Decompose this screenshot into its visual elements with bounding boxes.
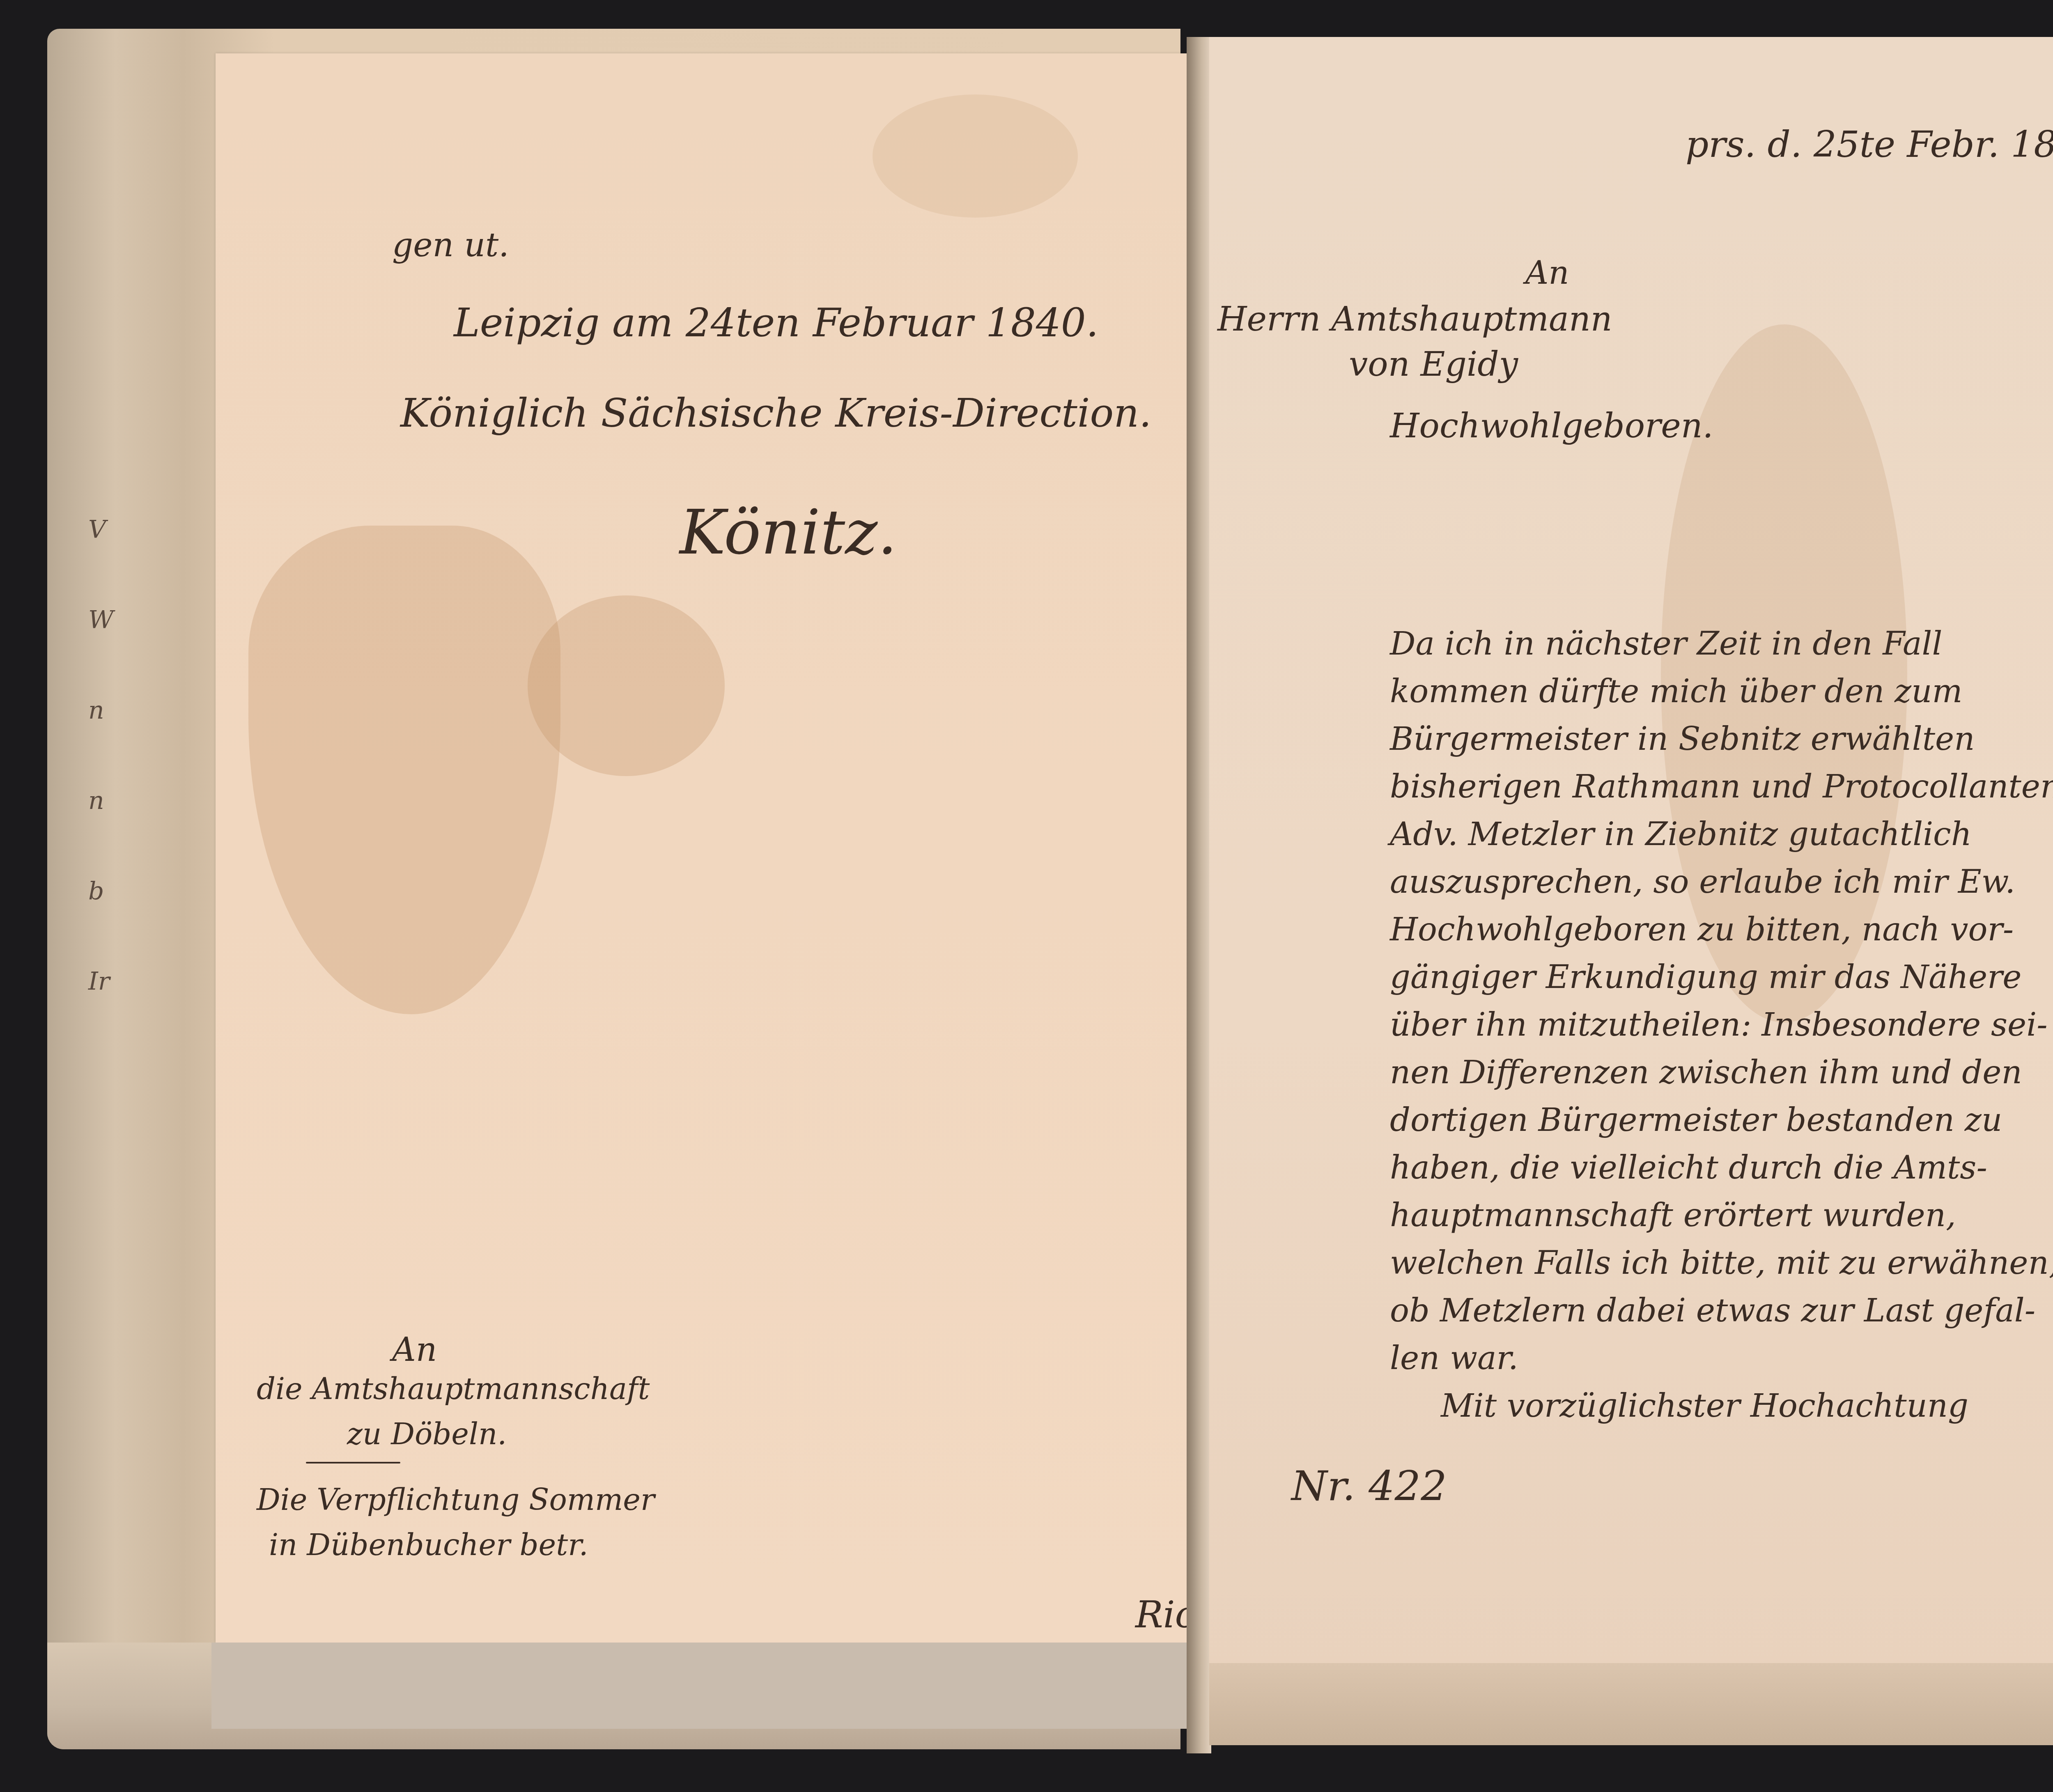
received-note: prs. d. 25te Febr. 1839. <box>1686 123 2053 165</box>
body-line: kommen dürfte mich über den zum <box>1390 668 2053 715</box>
right-page-bottom-edge <box>1209 1663 2053 1745</box>
body-line: Adv. Metzler in Ziebnitz gutachtlich <box>1390 811 2053 858</box>
date-line: Leipzig am 24ten Februar 1840. <box>454 300 1098 346</box>
address-line: Hochwohlgeboren. <box>1390 407 1713 446</box>
body-line: len war. <box>1390 1335 2053 1382</box>
book-gutter <box>1187 37 1211 1753</box>
water-stain <box>873 94 1078 218</box>
document-number: Nr. 422 <box>1291 1462 1447 1510</box>
address-line: von Egidy <box>1349 345 1518 384</box>
divider-flourish <box>306 1462 400 1463</box>
subject-line: Die Verpflichtung Sommer <box>257 1482 654 1517</box>
body-line: gängiger Erkundigung mir das Nähere <box>1390 953 2053 1001</box>
margin-fragment: V <box>88 485 114 575</box>
address-line: zu Döbeln. <box>347 1417 507 1451</box>
header-note: gen ut. <box>392 226 509 264</box>
address-salutation: An <box>392 1330 437 1369</box>
body-line: über ihn mitzutheilen: Insbesondere sei- <box>1390 1001 2053 1049</box>
body-line: Da ich in nächster Zeit in den Fall <box>1390 620 2053 668</box>
signature: Könitz. <box>680 497 897 568</box>
body-line: dortigen Bürgermeister bestanden zu <box>1390 1096 2053 1144</box>
water-stain <box>528 595 725 776</box>
margin-fragment: Ir <box>88 936 114 1027</box>
body-line: ob Metzlern dabei etwas zur Last gefal- <box>1390 1287 2053 1335</box>
margin-fragment: b <box>88 846 114 936</box>
open-book: V W n n b Ir gen ut. Leipzig am 24ten Fe… <box>39 12 2053 1758</box>
letter-body: Da ich in nächster Zeit in den Fall komm… <box>1390 620 2053 1430</box>
body-line: nen Differenzen zwischen ihm und den <box>1390 1049 2053 1096</box>
subject-line: in Dübenbucher betr. <box>269 1528 588 1562</box>
address-line: Herrn Amtshauptmann <box>1217 300 1612 339</box>
body-line: haben, die vielleicht durch die Amts- <box>1390 1144 2053 1192</box>
margin-fragment: W <box>88 575 114 665</box>
address-line: die Amtshauptmannschaft <box>257 1372 650 1406</box>
body-line: bisherigen Rathmann und Protocollanten <box>1390 763 2053 811</box>
body-line: Bürgermeister in Sebnitz erwählten <box>1390 715 2053 763</box>
left-margin-fragments: V W n n b Ir <box>88 485 114 1027</box>
body-line: Hochwohlgeboren zu bitten, nach vor- <box>1390 906 2053 953</box>
authority-line: Königlich Sächsische Kreis-Direction. <box>400 390 1152 436</box>
water-stain <box>248 526 560 1014</box>
margin-fragment: n <box>88 665 114 756</box>
backing-strip <box>211 1643 1189 1729</box>
body-line: auszusprechen, so erlaube ich mir Ew. <box>1390 858 2053 906</box>
body-line: hauptmannschaft erörtert wurden, <box>1390 1192 2053 1239</box>
address-salutation: An <box>1525 255 1569 292</box>
body-line: welchen Falls ich bitte, mit zu erwähnen… <box>1390 1239 2053 1287</box>
closing-line: Mit vorzüglichster Hochachtung <box>1390 1382 2053 1430</box>
margin-fragment: n <box>88 756 114 846</box>
